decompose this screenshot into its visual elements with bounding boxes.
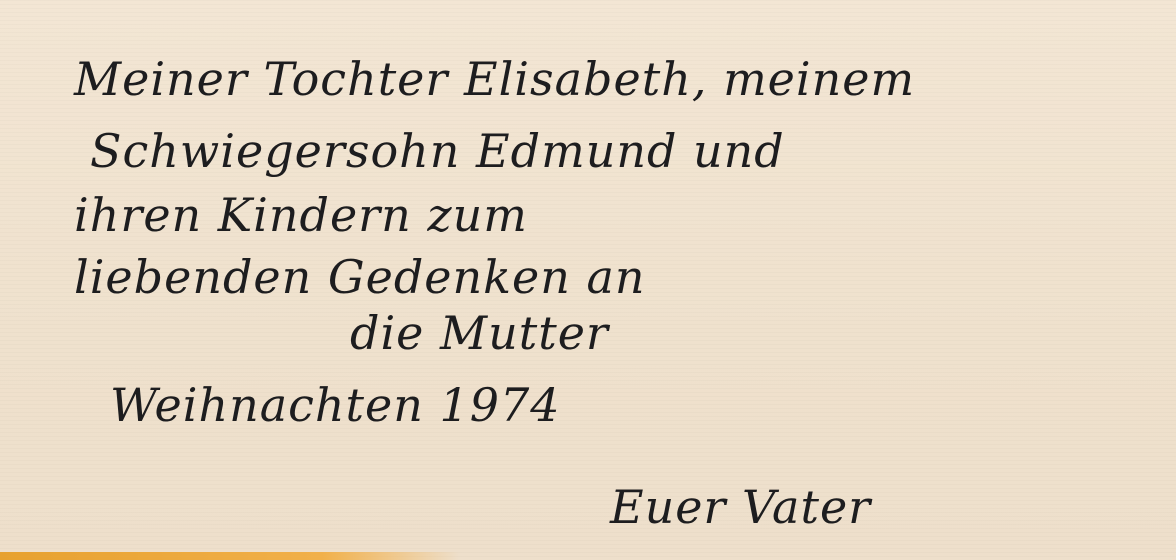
date-line: Weihnachten 1974 bbox=[110, 378, 561, 432]
paper-edge bbox=[0, 552, 460, 560]
dedication-line-3: ihren Kindern zum bbox=[74, 188, 528, 242]
signature: Euer Vater bbox=[610, 480, 871, 534]
dedication-line-5: die Mutter bbox=[350, 306, 609, 360]
dedication-line-2: Schwiegersohn Edmund und bbox=[90, 124, 785, 178]
dedication-line-1: Meiner Tochter Elisabeth, meinem bbox=[74, 52, 915, 106]
dedication-line-4: liebenden Gedenken an bbox=[74, 250, 646, 304]
